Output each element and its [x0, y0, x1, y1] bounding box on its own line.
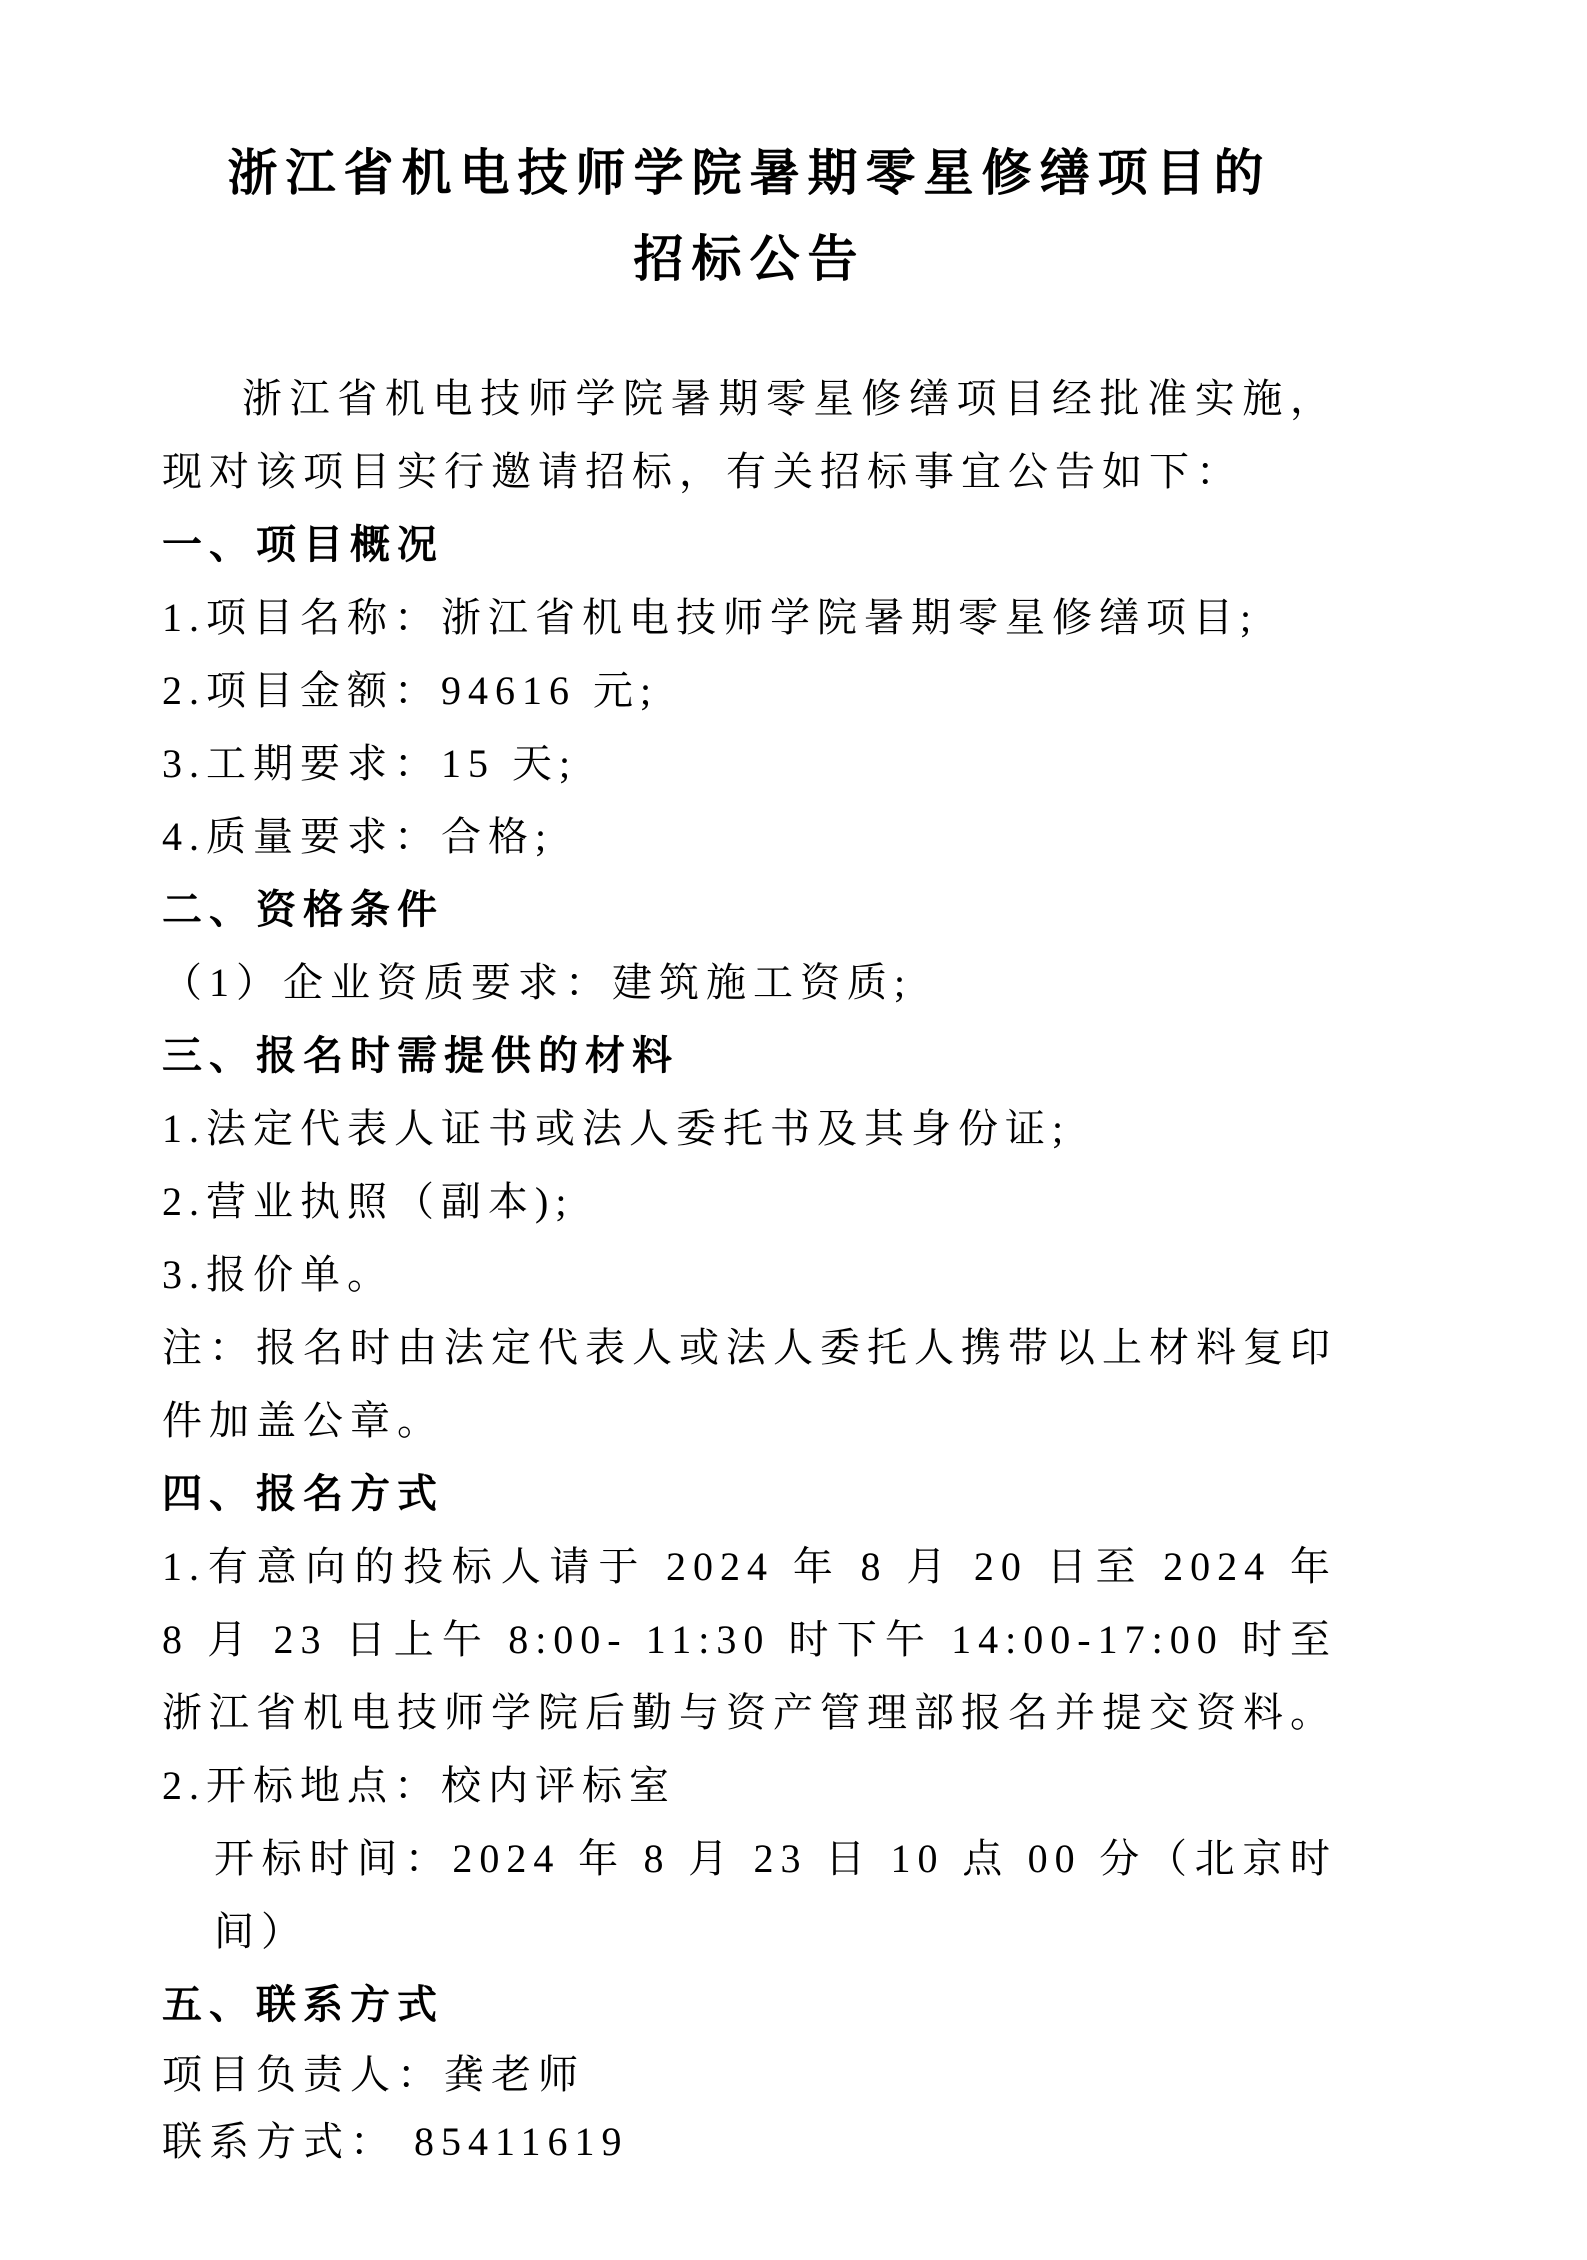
- section-2-heading: 二、资格条件: [162, 873, 1337, 946]
- bid-opening-place-line: 2.开标地点：校内评标室: [162, 1749, 1337, 1822]
- material-item-1: 1.法定代表人证书或法人委托书及其身份证;: [162, 1092, 1337, 1165]
- section-4-heading: 四、报名方式: [162, 1457, 1337, 1530]
- project-quality-line: 4.质量要求：合格;: [162, 800, 1337, 873]
- material-note: 注：报名时由法定代表人或法人委托人携带以上材料复印件加盖公章。: [162, 1311, 1337, 1457]
- project-amount-line: 2.项目金额：94616 元;: [162, 654, 1337, 727]
- document-page: 浙江省机电技师学院暑期零星修缮项目的 招标公告 浙江省机电技师学院暑期零星修缮项…: [0, 0, 1587, 2260]
- section-1-heading: 一、项目概况: [162, 508, 1337, 581]
- document-body: 浙江省机电技师学院暑期零星修缮项目经批准实施，现对该项目实行邀请招标，有关招标事…: [162, 362, 1337, 2175]
- title-line-1: 浙江省机电技师学院暑期零星修缮项目的: [162, 130, 1337, 216]
- project-name-line: 1.项目名称：浙江省机电技师学院暑期零星修缮项目;: [162, 581, 1337, 654]
- intro-paragraph: 浙江省机电技师学院暑期零星修缮项目经批准实施，现对该项目实行邀请招标，有关招标事…: [162, 362, 1337, 508]
- title-line-2: 招标公告: [162, 216, 1337, 302]
- section-5-heading: 五、联系方式: [162, 1968, 1337, 2041]
- section-3-heading: 三、报名时需提供的材料: [162, 1019, 1337, 1092]
- contact-person-line: 项目负责人：龚老师: [162, 2041, 1337, 2108]
- contact-phone-line: 联系方式： 85411619: [162, 2108, 1337, 2175]
- material-item-3: 3.报价单。: [162, 1238, 1337, 1311]
- registration-line: 1.有意向的投标人请于 2024 年 8 月 20 日至 2024 年 8 月 …: [162, 1530, 1337, 1749]
- qualification-line: （1）企业资质要求：建筑施工资质;: [162, 946, 1337, 1019]
- material-item-2: 2.营业执照（副本);: [162, 1165, 1337, 1238]
- project-duration-line: 3.工期要求：15 天;: [162, 727, 1337, 800]
- document-title: 浙江省机电技师学院暑期零星修缮项目的 招标公告: [162, 130, 1337, 302]
- bid-opening-time-line: 开标时间：2024 年 8 月 23 日 10 点 00 分（北京时间）: [162, 1822, 1337, 1968]
